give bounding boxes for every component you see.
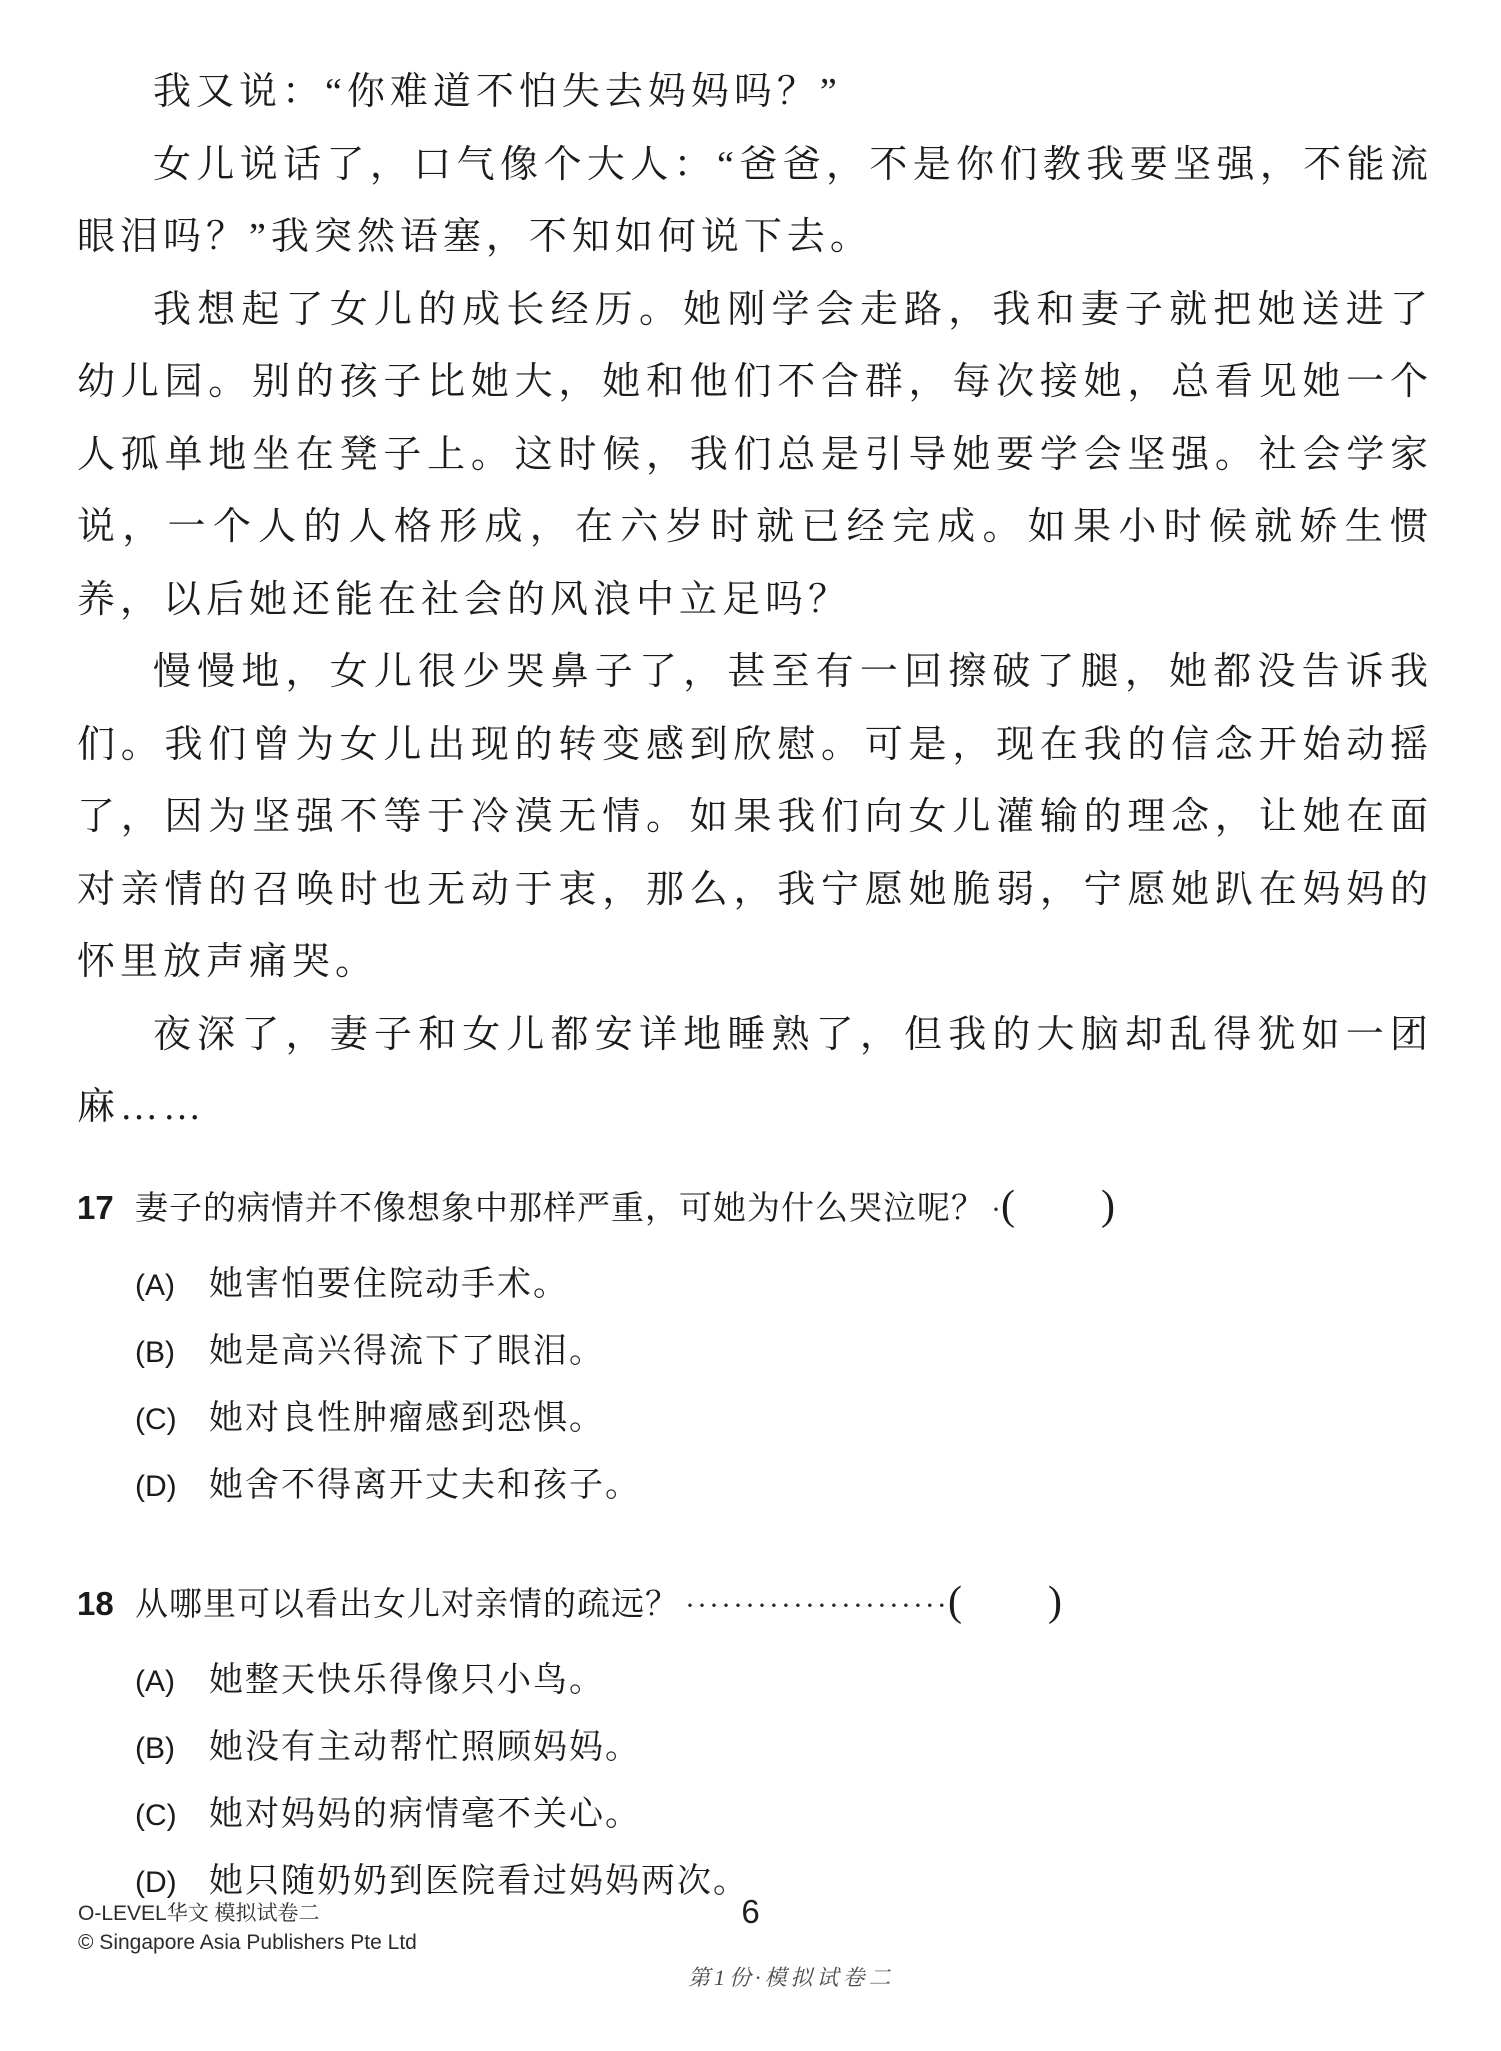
question-text: 从哪里可以看出女儿对亲情的疏远？ xyxy=(135,1581,679,1629)
question-17: 17 妻子的病情并不像想象中那样严重，可她为什么哭泣呢？ ···· () (A)… xyxy=(77,1182,1433,1520)
option-text: 她舍不得离开丈夫和孩子。 xyxy=(209,1453,641,1519)
option-text: 她没有主动帮忙照顾妈妈。 xyxy=(209,1715,641,1781)
question-section: 17 妻子的病情并不像想象中那样严重，可她为什么哭泣呢？ ···· () (A)… xyxy=(77,1182,1433,1916)
option-text: 她是高兴得流下了眼泪。 xyxy=(209,1319,605,1385)
page-content: 我又说：“你难道不怕失去妈妈吗？” 女儿说话了，口气像个大人：“爸爸，不是你们教… xyxy=(77,56,1433,1974)
option-17-b: (B) 她是高兴得流下了眼泪。 xyxy=(77,1319,1433,1386)
option-17-c: (C) 她对良性肿瘤感到恐惧。 xyxy=(77,1386,1433,1453)
option-text: 她害怕要住院动手术。 xyxy=(209,1252,569,1318)
option-label: (C) xyxy=(135,1783,209,1849)
option-17-a: (A) 她害怕要住院动手术。 xyxy=(77,1252,1433,1319)
answer-brackets: () xyxy=(948,1578,1062,1626)
passage-paragraph-2: 女儿说话了，口气像个大人：“爸爸，不是你们教我要坚强，不能流眼泪吗？”我突然语塞… xyxy=(77,129,1433,274)
question-17-stem-row: 17 妻子的病情并不像想象中那样严重，可她为什么哭泣呢？ ···· () xyxy=(77,1182,1062,1234)
option-text: 她对妈妈的病情毫不关心。 xyxy=(209,1782,641,1848)
question-18: 18 从哪里可以看出女儿对亲情的疏远？ ····················… xyxy=(77,1578,1433,1916)
dotted-leader: ········································ xyxy=(679,1582,948,1630)
option-text: 她整天快乐得像只小鸟。 xyxy=(209,1648,605,1714)
option-18-a: (A) 她整天快乐得像只小鸟。 xyxy=(77,1648,1433,1715)
option-label: (B) xyxy=(135,1716,209,1782)
option-label: (C) xyxy=(135,1387,209,1453)
question-number: 18 xyxy=(77,1580,135,1628)
question-18-stem-row: 18 从哪里可以看出女儿对亲情的疏远？ ····················… xyxy=(77,1578,1062,1630)
answer-bracket-close: ) xyxy=(1048,1578,1062,1626)
passage-paragraph-3: 我想起了女儿的成长经历。她刚学会走路，我和妻子就把她送进了幼儿园。别的孩子比她大… xyxy=(77,274,1433,637)
option-text: 她对良性肿瘤感到恐惧。 xyxy=(209,1386,605,1452)
question-text: 妻子的病情并不像想象中那样严重，可她为什么哭泣呢？ xyxy=(135,1185,985,1233)
question-number: 17 xyxy=(77,1184,135,1232)
page-number: 6 xyxy=(0,1893,1501,1931)
page-footer: O-LEVEL华文 模拟试卷二 © Singapore Asia Publish… xyxy=(0,1893,1501,2023)
option-18-b: (B) 她没有主动帮忙照顾妈妈。 xyxy=(77,1715,1433,1782)
passage-paragraph-4: 慢慢地，女儿很少哭鼻子了，甚至有一回擦破了腿，她都没告诉我们。我们曾为女儿出现的… xyxy=(77,636,1433,999)
option-label: (A) xyxy=(135,1253,209,1319)
passage-paragraph-1: 我又说：“你难道不怕失去妈妈吗？” xyxy=(77,56,1433,129)
option-label: (D) xyxy=(135,1454,209,1520)
copyright-notice: © Singapore Asia Publishers Pte Ltd xyxy=(78,1928,417,1957)
passage-paragraph-5: 夜深了，妻子和女儿都安详地睡熟了，但我的大脑却乱得犹如一团麻…… xyxy=(77,999,1433,1144)
option-17-d: (D) 她舍不得离开丈夫和孩子。 xyxy=(77,1453,1433,1520)
answer-bracket-close: ) xyxy=(1101,1182,1115,1230)
section-stamp: 第1份·模拟试卷二 xyxy=(688,1961,895,1992)
answer-brackets: () xyxy=(1001,1182,1115,1230)
option-label: (B) xyxy=(135,1320,209,1386)
answer-bracket-open: ( xyxy=(1001,1182,1015,1230)
dotted-leader: ···· xyxy=(985,1186,1001,1234)
option-18-c: (C) 她对妈妈的病情毫不关心。 xyxy=(77,1782,1433,1849)
option-label: (A) xyxy=(135,1649,209,1715)
document-page: 我又说：“你难道不怕失去妈妈吗？” 女儿说话了，口气像个大人：“爸爸，不是你们教… xyxy=(0,0,1501,2051)
reading-passage: 我又说：“你难道不怕失去妈妈吗？” 女儿说话了，口气像个大人：“爸爸，不是你们教… xyxy=(77,56,1433,1144)
answer-bracket-open: ( xyxy=(948,1578,962,1626)
